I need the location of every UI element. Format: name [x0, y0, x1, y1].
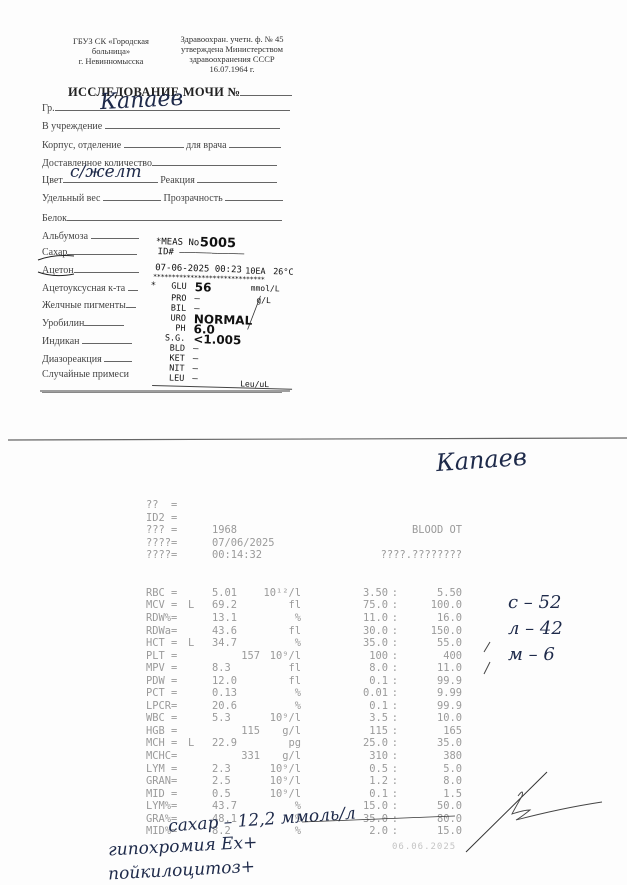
range-high: 16.0 [437, 612, 462, 625]
range-high: 8.0 [443, 775, 462, 788]
param-unit: 10⁹/l [270, 775, 301, 788]
param-name: MCV = [146, 599, 177, 612]
result-row: LYM =2.310⁹/l0.5:5.0 [146, 763, 476, 776]
field-diazo: Диазореакция [42, 352, 132, 365]
range-separator: : [392, 763, 398, 776]
range-separator: : [392, 612, 398, 625]
strip-param-name: BIL [164, 303, 186, 314]
range-separator: : [392, 637, 398, 650]
param-value: 2.5 [212, 775, 260, 788]
param-unit: % [295, 700, 301, 713]
range-separator: : [392, 750, 398, 763]
strip-param-value: 56 [195, 280, 212, 294]
result-row: MCV =L69.2fl75.0:100.0 [146, 599, 476, 612]
header-row: ID2 = [146, 512, 476, 525]
result-row: RDWa=43.6fl30.0:150.0 [146, 625, 476, 638]
strip-param-name: PH [163, 323, 185, 334]
header-row: ????=00:14:32????.???????? [146, 549, 476, 562]
param-value: 5.3 [212, 712, 260, 725]
range-high: 99.9 [437, 700, 462, 713]
handwritten-tick-mark [246, 293, 267, 334]
stamp-date: 06.06.2025 [392, 842, 456, 852]
result-row: MID =0.510⁹/l0.1:1.5 [146, 788, 476, 801]
range-low: 11.0 [363, 612, 388, 625]
param-unit: 10⁹/l [270, 650, 301, 663]
range-high: 165 [443, 725, 462, 738]
param-value: 8.3 [212, 662, 260, 675]
id-line: ID# ———————————— [157, 247, 244, 259]
header-row: ????=07/06/2025 [146, 537, 476, 550]
range-separator: : [392, 675, 398, 688]
range-separator: : [392, 687, 398, 700]
param-name: HGB = [146, 725, 177, 738]
field-department: Корпус, отделение для врача [42, 138, 281, 151]
param-value: 0.5 [212, 788, 260, 801]
param-unit: g/l [282, 725, 301, 738]
printout-results: RBC =5.0110¹²/l3.50:5.50MCV =L69.2fl75.0… [146, 587, 476, 838]
range-low: 0.1 [369, 700, 388, 713]
range-high: 400 [443, 650, 462, 663]
range-low: 310 [369, 750, 388, 763]
param-unit: fl [288, 662, 301, 675]
result-row: MPV =8.3fl8.0:11.0 [146, 662, 476, 675]
range-low: 1.2 [369, 775, 388, 788]
param-name: LYM = [146, 763, 177, 776]
param-name: WBC = [146, 712, 177, 725]
param-name: MPV = [146, 662, 177, 675]
param-value: 157 [212, 650, 260, 663]
param-name: HCT = [146, 637, 177, 650]
result-row: WBC =5.310⁹/l3.5:10.0 [146, 712, 476, 725]
range-low: 0.5 [369, 763, 388, 776]
field-urobilin: Уробилин [42, 316, 124, 329]
range-low: 35.0 [363, 637, 388, 650]
range-high: 9.99 [437, 687, 462, 700]
approval-header: Здравоохран. учетн. ф. № 45 утверждена М… [172, 34, 292, 74]
header-value: 1968 [212, 524, 237, 537]
param-unit: % [295, 612, 301, 625]
param-name: MCHC= [146, 750, 177, 763]
result-row: LPCR=20.6%0.1:99.9 [146, 700, 476, 713]
color-value-handwritten: с/желт [70, 162, 142, 182]
diff-monocytes: м – 6 [508, 642, 563, 668]
strip-param-name: GLU [165, 281, 187, 292]
param-value: 22.9 [212, 737, 260, 750]
param-unit: fl [288, 625, 301, 638]
header-row: ??? =1968BLOOD OT [146, 524, 476, 537]
range-separator: : [392, 788, 398, 801]
param-value: 34.7 [212, 637, 260, 650]
doctor-signature [462, 770, 612, 870]
header-value: 07/06/2025 [212, 537, 275, 550]
param-unit: pg [288, 737, 301, 750]
strip-param-name: NIT [162, 363, 184, 374]
header-label: ????= [146, 549, 177, 562]
field-acetoacetic: Ацетоуксусная к-та [42, 281, 138, 294]
result-row: GRAN=2.510⁹/l1.2:8.0 [146, 775, 476, 788]
result-row: MCHC=331g/l310:380 [146, 750, 476, 763]
strip-param-value: — [192, 374, 198, 384]
param-value: 2.3 [212, 763, 260, 776]
range-low: 75.0 [363, 599, 388, 612]
blood-analyzer-printout: ?? =ID2 =??? =1968BLOOD OT????=07/06/202… [146, 474, 476, 850]
field-protein: Белок [42, 211, 282, 224]
result-row: PDW =12.0fl0.1:99.9 [146, 675, 476, 688]
range-low: 3.5 [369, 712, 388, 725]
strip-param-name: BLD [163, 343, 185, 354]
param-unit: % [295, 637, 301, 650]
strip-param-name: S.G. [163, 333, 185, 344]
range-separator: : [392, 725, 398, 738]
header-right: BLOOD OT [412, 524, 462, 537]
result-row: HGB =115g/l115:165 [146, 725, 476, 738]
param-unit: g/l [282, 750, 301, 763]
param-unit: 10⁹/l [270, 788, 301, 801]
institution-header: ГБУЗ СК «Городская больница» г. Невинном… [56, 36, 166, 66]
result-row: PLT =15710⁹/l100:400 [146, 650, 476, 663]
range-low: 100 [369, 650, 388, 663]
param-unit: fl [288, 599, 301, 612]
param-flag: L [188, 599, 194, 612]
range-separator: : [392, 737, 398, 750]
paper-edge [0, 388, 627, 448]
field-institution: В учреждение [42, 119, 280, 132]
param-name: PDW = [146, 675, 177, 688]
field-bile-pigments: Желчные пигменты [42, 298, 136, 311]
param-value: 331 [212, 750, 260, 763]
range-low: 0.1 [369, 675, 388, 688]
param-flag: L [188, 637, 194, 650]
param-value: 5.01 [212, 587, 260, 600]
param-name: MID = [146, 788, 177, 801]
acetone-bracket-mark [34, 252, 94, 277]
field-albumose: Альбумоза [42, 229, 139, 242]
header-label: ????= [146, 537, 177, 550]
range-separator: : [392, 712, 398, 725]
range-separator: : [392, 625, 398, 638]
range-low: 115 [369, 725, 388, 738]
range-low: 0.01 [363, 687, 388, 700]
range-high: 10.0 [437, 712, 462, 725]
result-row: PCT =0.13%0.01:9.99 [146, 687, 476, 700]
strip-param-name: URO [164, 313, 186, 324]
urine-analyzer-strip: *MEAS No. 5005 ID# ———————————— 07-06-20… [148, 237, 302, 394]
range-high: 55.0 [437, 637, 462, 650]
param-name: LPCR= [146, 700, 177, 713]
range-separator: : [392, 599, 398, 612]
header-label: ID2 = [146, 512, 177, 525]
range-separator: : [392, 662, 398, 675]
header-row: ?? = [146, 499, 476, 512]
strip-unit: mmol/L [251, 284, 280, 294]
strip-param-name: PRO [164, 293, 186, 304]
patient-name-handwritten: Капаев [99, 86, 183, 115]
handwritten-differential: с – 52 л – 42 м – 6 [508, 590, 563, 668]
range-high: 99.9 [437, 675, 462, 688]
result-row: MCH =L22.9pg25.0:35.0 [146, 737, 476, 750]
check-marks [476, 640, 496, 680]
param-flag: L [188, 737, 194, 750]
header-right: ????.???????? [381, 549, 462, 562]
strip-param-value: — [193, 354, 199, 364]
diff-segmented: с – 52 [508, 590, 563, 616]
field-impurities: Случайные примеси [42, 369, 129, 380]
result-row: RBC =5.0110¹²/l3.50:5.50 [146, 587, 476, 600]
range-high: 1.5 [443, 788, 462, 801]
header-label: ?? = [146, 499, 177, 512]
param-value: 43.6 [212, 625, 260, 638]
range-separator: : [392, 775, 398, 788]
strip-param-value: — [193, 344, 199, 354]
note-underline [300, 808, 460, 828]
param-value: 12.0 [212, 675, 260, 688]
result-row: HCT =L34.7%35.0:55.0 [146, 637, 476, 650]
header-label: ??? = [146, 524, 177, 537]
strip-param-name: KET [163, 353, 185, 364]
strip-flag: * [151, 281, 157, 291]
range-low: 0.1 [369, 788, 388, 801]
blood-patient-name-handwritten: Капаев [435, 443, 528, 477]
range-separator: : [392, 700, 398, 713]
param-unit: 10⁹/l [270, 763, 301, 776]
range-low: 3.50 [363, 587, 388, 600]
range-high: 11.0 [437, 662, 462, 675]
param-value: 69.2 [212, 599, 260, 612]
range-high: 100.0 [431, 599, 462, 612]
param-name: GRAN= [146, 775, 177, 788]
range-low: 25.0 [363, 737, 388, 750]
param-value: 20.6 [212, 700, 260, 713]
field-specific-gravity: Удельный вес Прозрачность [42, 191, 283, 204]
header-value: 00:14:32 [212, 549, 262, 562]
strip-temp: 26°C [273, 267, 294, 278]
printout-header: ?? =ID2 =??? =1968BLOOD OT????=07/06/202… [146, 499, 476, 562]
diff-lymphocytes: л – 42 [508, 616, 563, 642]
param-unit: 10¹²/l [263, 587, 301, 600]
range-separator: : [392, 650, 398, 663]
param-unit: % [295, 687, 301, 700]
param-name: PCT = [146, 687, 177, 700]
range-high: 35.0 [437, 737, 462, 750]
param-name: MCH = [146, 737, 177, 750]
param-value: 13.1 [212, 612, 260, 625]
result-row: RDW%=13.1%11.0:16.0 [146, 612, 476, 625]
range-low: 30.0 [363, 625, 388, 638]
range-high: 5.50 [437, 587, 462, 600]
strip-param-value: — [192, 364, 198, 374]
range-high: 150.0 [431, 625, 462, 638]
param-name: RDW%= [146, 612, 177, 625]
param-name: RDWa= [146, 625, 177, 638]
strip-param-value: <1.005 [193, 332, 241, 347]
param-name: RBC = [146, 587, 177, 600]
range-low: 8.0 [369, 662, 388, 675]
param-value: 0.13 [212, 687, 260, 700]
field-indican: Индикан [42, 334, 132, 347]
param-name: PLT = [146, 650, 177, 663]
strip-param-value: — [194, 294, 200, 304]
strip-param-name: LEU [162, 373, 184, 384]
range-high: 380 [443, 750, 462, 763]
param-value: 115 [212, 725, 260, 738]
param-unit: 10⁹/l [270, 712, 301, 725]
range-separator: : [392, 587, 398, 600]
param-unit: fl [288, 675, 301, 688]
range-high: 5.0 [443, 763, 462, 776]
